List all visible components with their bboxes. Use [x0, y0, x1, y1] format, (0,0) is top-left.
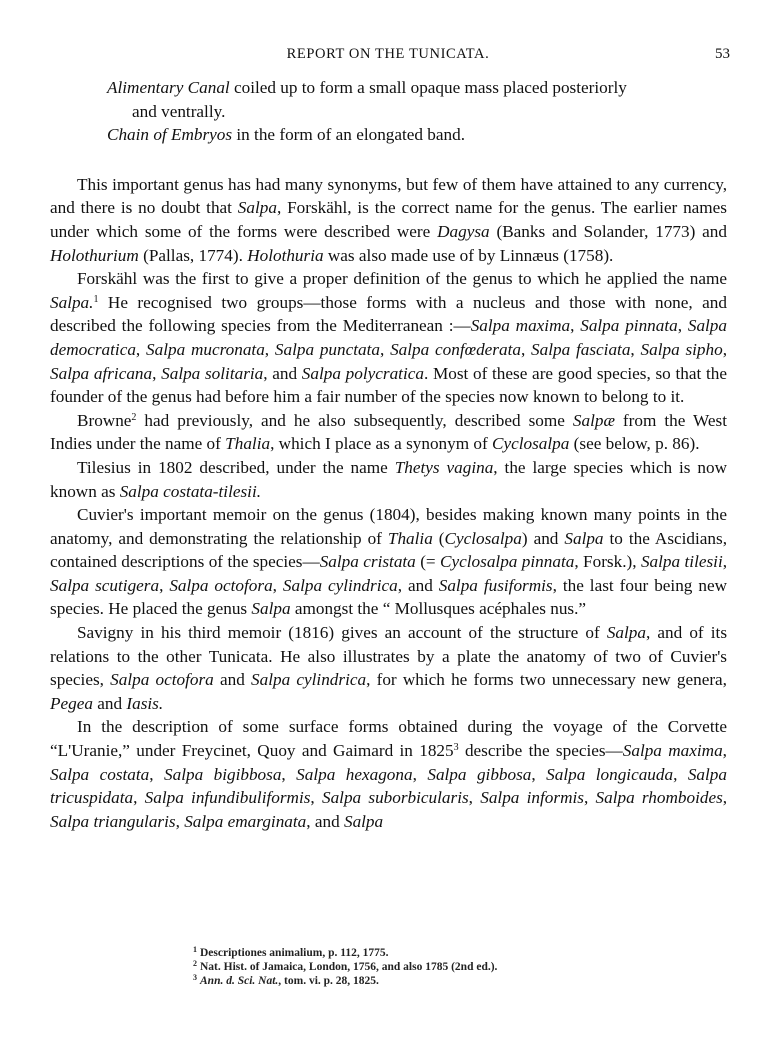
section-gap — [50, 147, 727, 173]
paragraph-browne: Browne2 had previously, and he also subs… — [50, 409, 727, 456]
footnote-3: 3Ann. d. Sci. Nat., tom. vi. p. 28, 1825… — [193, 974, 593, 988]
document-page: REPORT ON THE TUNICATA. 53 Alimentary Ca… — [0, 0, 776, 1050]
diagnosis-chain-of-embryos: Chain of Embryos in the form of an elong… — [50, 123, 727, 147]
diagnosis-label: Chain of Embryos — [107, 125, 232, 144]
paragraph-quoy-gaimard: In the description of some surface forms… — [50, 715, 727, 833]
paragraph-synonyms: This important genus has had many synony… — [50, 173, 727, 267]
paragraph-forskahl: Forskähl was the first to give a proper … — [50, 267, 727, 409]
footnote-2: 2Nat. Hist. of Jamaica, London, 1756, an… — [193, 960, 593, 974]
paragraph-tilesius: Tilesius in 1802 described, under the na… — [50, 456, 727, 503]
paragraph-savigny: Savigny in his third memoir (1816) gives… — [50, 621, 727, 715]
body-text: Alimentary Canal coiled up to form a sma… — [50, 76, 727, 833]
diagnosis-alimentary-canal: Alimentary Canal coiled up to form a sma… — [50, 76, 727, 123]
running-header: REPORT ON THE TUNICATA. 53 — [0, 46, 776, 68]
running-title: REPORT ON THE TUNICATA. — [0, 46, 776, 63]
footnotes: 1Descriptiones animalium, p. 112, 1775. … — [193, 946, 593, 989]
footnote-1: 1Descriptiones animalium, p. 112, 1775. — [193, 946, 593, 960]
page-number: 53 — [715, 46, 730, 63]
diagnosis-label: Alimentary Canal — [107, 78, 230, 97]
paragraph-cuvier: Cuvier's important memoir on the genus (… — [50, 503, 727, 621]
